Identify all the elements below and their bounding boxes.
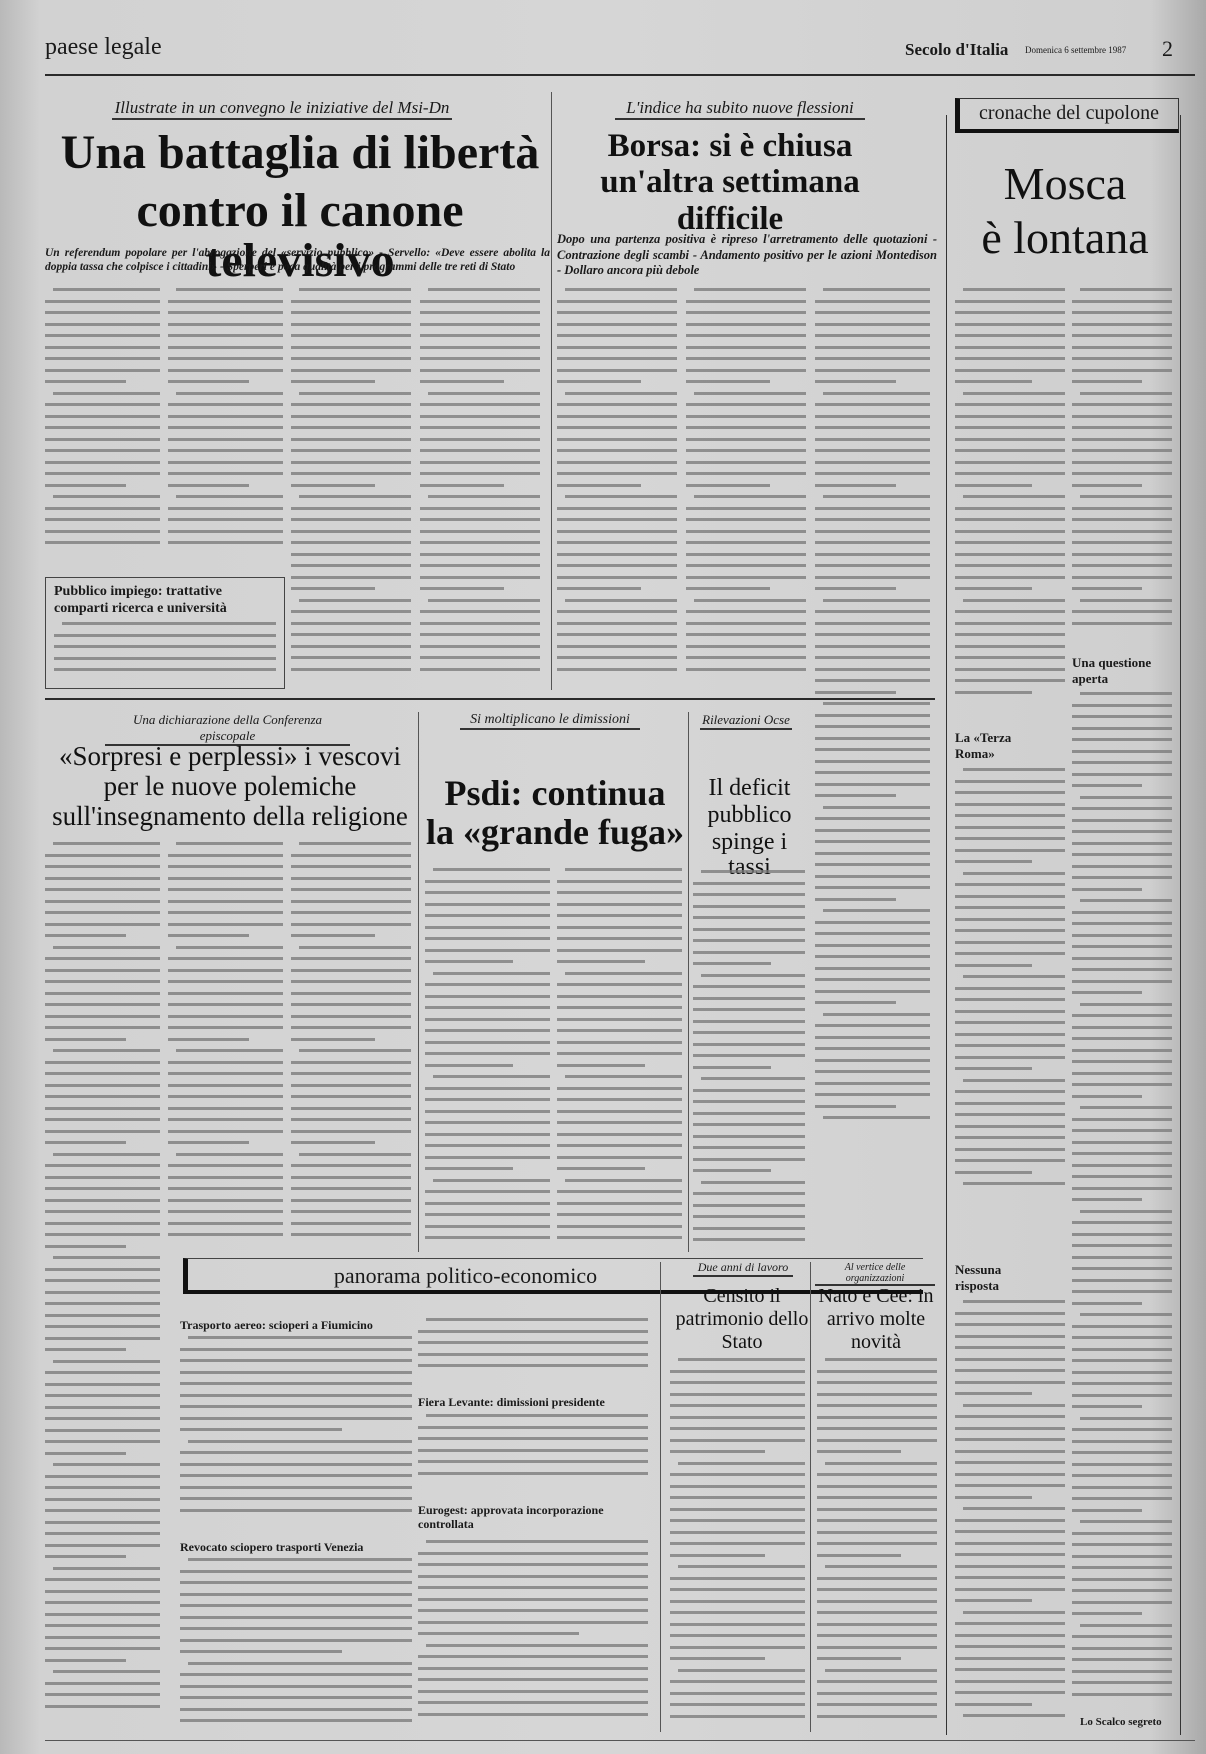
text-line — [1072, 426, 1172, 429]
text-line — [1072, 1509, 1142, 1512]
text-line — [418, 1563, 648, 1566]
text-line — [670, 1703, 805, 1706]
text-line — [955, 1148, 1065, 1151]
text-line — [815, 932, 930, 935]
text-line — [45, 1141, 126, 1144]
panorama-body-col-2 — [180, 1558, 412, 1733]
text-line — [955, 1312, 1065, 1315]
text-line — [557, 668, 677, 671]
text-line — [815, 783, 930, 786]
text-line — [45, 403, 160, 406]
text-line — [955, 1438, 1065, 1441]
text-line — [817, 1542, 937, 1545]
text-line — [291, 507, 411, 510]
text-line — [815, 507, 930, 510]
text-line — [1072, 461, 1172, 464]
text-line — [425, 1144, 550, 1147]
text-line — [45, 1176, 160, 1179]
text-line — [815, 852, 930, 855]
text-line — [168, 957, 283, 960]
text-line — [168, 1072, 283, 1075]
text-line — [955, 1519, 1065, 1522]
censito-headline: Censito il patrimonio dello Stato — [672, 1285, 812, 1354]
text-line — [1072, 911, 1172, 914]
text-line — [299, 842, 411, 845]
text-line — [557, 564, 677, 567]
text-line — [670, 1588, 805, 1591]
text-line — [291, 472, 411, 475]
text-line — [565, 1179, 682, 1182]
text-line — [693, 997, 805, 1000]
text-line — [418, 1341, 648, 1344]
text-line — [418, 1353, 648, 1356]
text-line — [817, 1692, 937, 1695]
text-line — [815, 944, 930, 947]
text-line — [557, 1018, 682, 1021]
text-line — [955, 610, 1065, 613]
text-line — [955, 1645, 1065, 1648]
text-line — [955, 1021, 1065, 1024]
text-line — [1072, 380, 1142, 383]
text-line — [955, 679, 1065, 682]
text-line — [678, 1565, 805, 1568]
text-line — [1072, 1428, 1172, 1431]
text-line — [815, 875, 930, 878]
text-line — [955, 1599, 1032, 1602]
text-line — [45, 1521, 160, 1524]
text-line — [963, 1714, 1065, 1717]
text-line — [1072, 1693, 1172, 1696]
text-line — [180, 1417, 412, 1420]
text-line — [955, 791, 1065, 794]
panorama-body-col-5 — [418, 1540, 648, 1730]
text-line — [420, 518, 540, 521]
text-line — [557, 1190, 682, 1193]
text-line — [291, 1095, 411, 1098]
text-line — [45, 1475, 160, 1478]
text-line — [291, 957, 411, 960]
pubblico-impiego-body — [54, 622, 276, 684]
text-line — [955, 1335, 1065, 1338]
text-line — [180, 1627, 412, 1630]
text-line — [815, 587, 896, 590]
text-line — [693, 1227, 805, 1230]
text-line — [1072, 1532, 1172, 1535]
text-line — [291, 1107, 411, 1110]
text-line — [1072, 1279, 1172, 1282]
text-line — [1072, 472, 1172, 475]
text-line — [815, 1047, 930, 1050]
text-line — [955, 369, 1065, 372]
text-line — [291, 323, 411, 326]
text-line — [45, 1486, 160, 1489]
text-line — [418, 1678, 648, 1681]
text-line — [670, 1508, 805, 1511]
text-line — [815, 737, 930, 740]
page-number: 2 — [1162, 36, 1173, 62]
text-line — [168, 854, 283, 857]
text-line — [1072, 888, 1142, 891]
text-line — [955, 311, 1065, 314]
text-line — [557, 518, 677, 521]
text-line — [686, 415, 806, 418]
nato-headline: Nato e Cee: in arrivo molte novità — [815, 1285, 937, 1354]
text-line — [557, 426, 677, 429]
text-line — [557, 1041, 682, 1044]
text-line — [557, 995, 682, 998]
text-line — [291, 346, 411, 349]
cupolone-subhead-risposta: Nessuna risposta — [955, 1262, 1045, 1293]
text-line — [815, 886, 930, 889]
text-line — [1072, 773, 1172, 776]
text-line — [1080, 796, 1172, 799]
text-line — [557, 1133, 682, 1136]
text-line — [955, 1056, 1065, 1059]
text-line — [168, 992, 283, 995]
text-line — [1072, 853, 1172, 856]
canone-body-col-3 — [291, 288, 411, 688]
text-line — [45, 1337, 160, 1340]
pubblico-impiego-box: Pubblico impiego: trattative comparti ri… — [45, 577, 285, 689]
text-line — [45, 357, 160, 360]
text-line — [670, 1577, 805, 1580]
text-line — [45, 1601, 160, 1604]
text-line — [291, 461, 411, 464]
text-line — [168, 438, 283, 441]
text-line — [45, 426, 160, 429]
text-line — [291, 334, 411, 337]
text-line — [686, 449, 806, 452]
text-line — [180, 1685, 412, 1688]
text-line — [1072, 1463, 1172, 1466]
text-line — [168, 1199, 283, 1202]
text-line — [1072, 1095, 1142, 1098]
text-line — [180, 1474, 412, 1477]
text-line — [694, 392, 806, 395]
publication-date: Domenica 6 settembre 1987 — [1025, 45, 1126, 55]
panorama-item-title: Revocato sciopero trasporti Venezia — [180, 1540, 420, 1554]
text-line — [815, 323, 930, 326]
text-line — [815, 449, 930, 452]
text-line — [45, 1268, 160, 1271]
text-line — [291, 1118, 411, 1121]
text-line — [433, 1179, 550, 1182]
cupolone-body-col-1 — [955, 288, 1065, 703]
borsa-body-col-3 — [815, 288, 930, 1128]
text-line — [686, 472, 806, 475]
text-line — [428, 392, 540, 395]
text-line — [817, 1634, 937, 1637]
text-line — [557, 949, 682, 952]
text-line — [45, 1406, 160, 1409]
text-line — [45, 472, 160, 475]
text-line — [428, 495, 540, 498]
text-line — [557, 357, 677, 360]
text-line — [45, 449, 160, 452]
text-line — [694, 288, 806, 291]
text-line — [1072, 541, 1172, 544]
text-line — [557, 622, 677, 625]
text-line — [1072, 1233, 1172, 1236]
text-line — [168, 1061, 283, 1064]
text-line — [420, 426, 540, 429]
text-line — [1072, 1267, 1172, 1270]
text-line — [817, 1508, 937, 1511]
text-line — [955, 826, 1065, 829]
text-line — [693, 962, 771, 965]
text-line — [955, 1381, 1065, 1384]
text-line — [425, 1064, 513, 1067]
text-line — [433, 868, 550, 871]
text-line — [428, 288, 540, 291]
text-line — [817, 1427, 937, 1430]
text-line — [955, 1703, 1032, 1706]
text-line — [45, 1302, 160, 1305]
text-line — [955, 1484, 1065, 1487]
text-line — [45, 518, 160, 521]
text-line — [1072, 1129, 1172, 1132]
text-line — [817, 1519, 937, 1522]
text-line — [955, 300, 1065, 303]
censito-body-col — [670, 1358, 805, 1733]
cupolone-frame-left — [946, 115, 947, 1735]
psdi-headline-1: Psdi: continua — [425, 775, 685, 813]
text-line — [1072, 587, 1142, 590]
text-line — [670, 1496, 805, 1499]
text-line — [815, 472, 930, 475]
text-line — [557, 472, 677, 475]
panorama-rubric: panorama politico-economico — [183, 1258, 923, 1294]
text-line — [686, 438, 806, 441]
text-line — [955, 814, 1065, 817]
text-line — [425, 1110, 550, 1113]
column-divider — [418, 712, 419, 1252]
text-line — [291, 1233, 411, 1236]
text-line — [955, 380, 1032, 383]
text-line — [45, 369, 160, 372]
text-line — [45, 1095, 160, 1098]
text-line — [1072, 945, 1172, 948]
text-line — [815, 484, 896, 487]
text-line — [670, 1634, 805, 1637]
text-line — [817, 1646, 937, 1649]
text-line — [420, 311, 540, 314]
text-line — [670, 1450, 765, 1453]
text-line — [291, 530, 411, 533]
text-line — [45, 1440, 160, 1443]
cupolone-frame-right — [1180, 115, 1181, 1735]
text-line — [1072, 704, 1172, 707]
text-line — [955, 929, 1065, 932]
text-line — [693, 1215, 805, 1218]
text-line — [1072, 715, 1172, 718]
text-line — [291, 877, 411, 880]
text-line — [817, 1531, 937, 1534]
text-line — [291, 564, 411, 567]
text-line — [418, 1667, 648, 1670]
text-line — [815, 334, 930, 337]
text-line — [180, 1497, 412, 1500]
text-line — [168, 1015, 283, 1018]
text-line — [418, 1598, 648, 1601]
text-line — [418, 1449, 648, 1452]
vescovi-headline-1: «Sorpresi e perplessi» i vescovi — [45, 742, 415, 770]
psdi-headline-2: la «grande fuga» — [425, 814, 685, 852]
text-line — [45, 934, 126, 937]
text-line — [45, 1118, 160, 1121]
text-line — [45, 911, 160, 914]
text-line — [825, 1358, 937, 1361]
text-line — [557, 346, 677, 349]
text-line — [45, 1084, 160, 1087]
text-line — [815, 564, 930, 567]
text-line — [418, 1472, 648, 1475]
text-line — [1072, 957, 1172, 960]
text-line — [1072, 1302, 1142, 1305]
text-line — [54, 645, 276, 648]
text-line — [955, 357, 1065, 360]
text-line — [425, 903, 550, 906]
text-line — [291, 1176, 411, 1179]
text-line — [168, 541, 283, 544]
borsa-body-col-2 — [686, 288, 806, 688]
text-line — [1072, 311, 1172, 314]
text-line — [45, 1279, 160, 1282]
text-line — [955, 334, 1065, 337]
text-line — [168, 923, 283, 926]
text-line — [670, 1416, 805, 1419]
text-line — [955, 541, 1065, 544]
psdi-body-col-1 — [425, 868, 550, 1248]
column-divider — [551, 92, 552, 690]
canone-body-col-2 — [168, 288, 283, 563]
text-line — [955, 633, 1065, 636]
text-line — [291, 900, 411, 903]
text-line — [53, 392, 160, 395]
text-line — [420, 645, 540, 648]
text-line — [45, 1383, 160, 1386]
text-line — [418, 1621, 648, 1624]
text-line — [955, 1473, 1065, 1476]
text-line — [45, 1705, 160, 1708]
text-line — [815, 530, 930, 533]
text-line — [425, 983, 550, 986]
text-line — [420, 346, 540, 349]
text-line — [168, 311, 283, 314]
text-line — [701, 1077, 805, 1080]
text-line — [188, 1558, 412, 1561]
text-line — [955, 1090, 1065, 1093]
text-line — [291, 1130, 411, 1133]
text-line — [678, 1358, 805, 1361]
text-line — [693, 928, 805, 931]
text-line — [670, 1439, 805, 1442]
text-line — [557, 610, 677, 613]
text-line — [815, 1082, 930, 1085]
text-line — [1072, 576, 1172, 579]
text-line — [1072, 1026, 1172, 1029]
text-line — [1072, 1405, 1142, 1408]
text-line — [45, 1291, 160, 1294]
text-line — [45, 1682, 160, 1685]
text-line — [53, 1360, 160, 1363]
text-line — [1072, 1164, 1172, 1167]
text-line — [291, 1164, 411, 1167]
text-line — [45, 1314, 160, 1317]
text-line — [180, 1639, 412, 1642]
text-line — [420, 553, 540, 556]
text-line — [180, 1570, 412, 1573]
text-line — [176, 495, 283, 498]
text-line — [291, 980, 411, 983]
text-line — [53, 842, 160, 845]
text-line — [963, 1507, 1065, 1510]
text-line — [815, 1024, 930, 1027]
text-line — [425, 1202, 550, 1205]
text-line — [425, 914, 550, 917]
text-line — [168, 1095, 283, 1098]
text-line — [557, 461, 677, 464]
borsa-subheadline: Dopo una partenza positiva è ripreso l'a… — [557, 232, 937, 279]
text-line — [955, 964, 1032, 967]
text-line — [963, 872, 1065, 875]
text-line — [955, 1680, 1065, 1683]
text-line — [433, 1075, 550, 1078]
text-line — [1080, 899, 1172, 902]
text-line — [45, 300, 160, 303]
text-line — [54, 634, 276, 637]
text-line — [557, 1110, 682, 1113]
text-line — [686, 668, 806, 671]
text-line — [955, 323, 1065, 326]
text-line — [420, 472, 540, 475]
text-line — [955, 895, 1065, 898]
text-line — [686, 530, 806, 533]
text-line — [299, 1153, 411, 1156]
text-line — [425, 1213, 550, 1216]
text-line — [420, 530, 540, 533]
text-line — [686, 334, 806, 337]
text-line — [557, 891, 682, 894]
text-line — [815, 1036, 930, 1039]
text-line — [823, 702, 930, 705]
text-line — [815, 817, 930, 820]
text-line — [1080, 599, 1172, 602]
text-line — [686, 656, 806, 659]
text-line — [670, 1473, 805, 1476]
text-line — [955, 849, 1065, 852]
text-line — [955, 645, 1065, 648]
text-line — [693, 1100, 805, 1103]
text-line — [45, 1210, 160, 1213]
text-line — [45, 1659, 126, 1662]
text-line — [694, 495, 806, 498]
text-line — [955, 438, 1065, 441]
text-line — [299, 288, 411, 291]
text-line — [815, 679, 930, 682]
text-line — [955, 518, 1065, 521]
text-line — [1072, 1497, 1172, 1500]
text-line — [955, 1576, 1065, 1579]
text-line — [1072, 1474, 1172, 1477]
text-line — [291, 1026, 411, 1029]
text-line — [425, 1041, 550, 1044]
text-line — [815, 691, 896, 694]
canone-subheadline: Un referendum popolare per l'abrogazione… — [45, 246, 550, 275]
text-line — [815, 656, 930, 659]
text-line — [815, 794, 896, 797]
text-line — [825, 1462, 937, 1465]
